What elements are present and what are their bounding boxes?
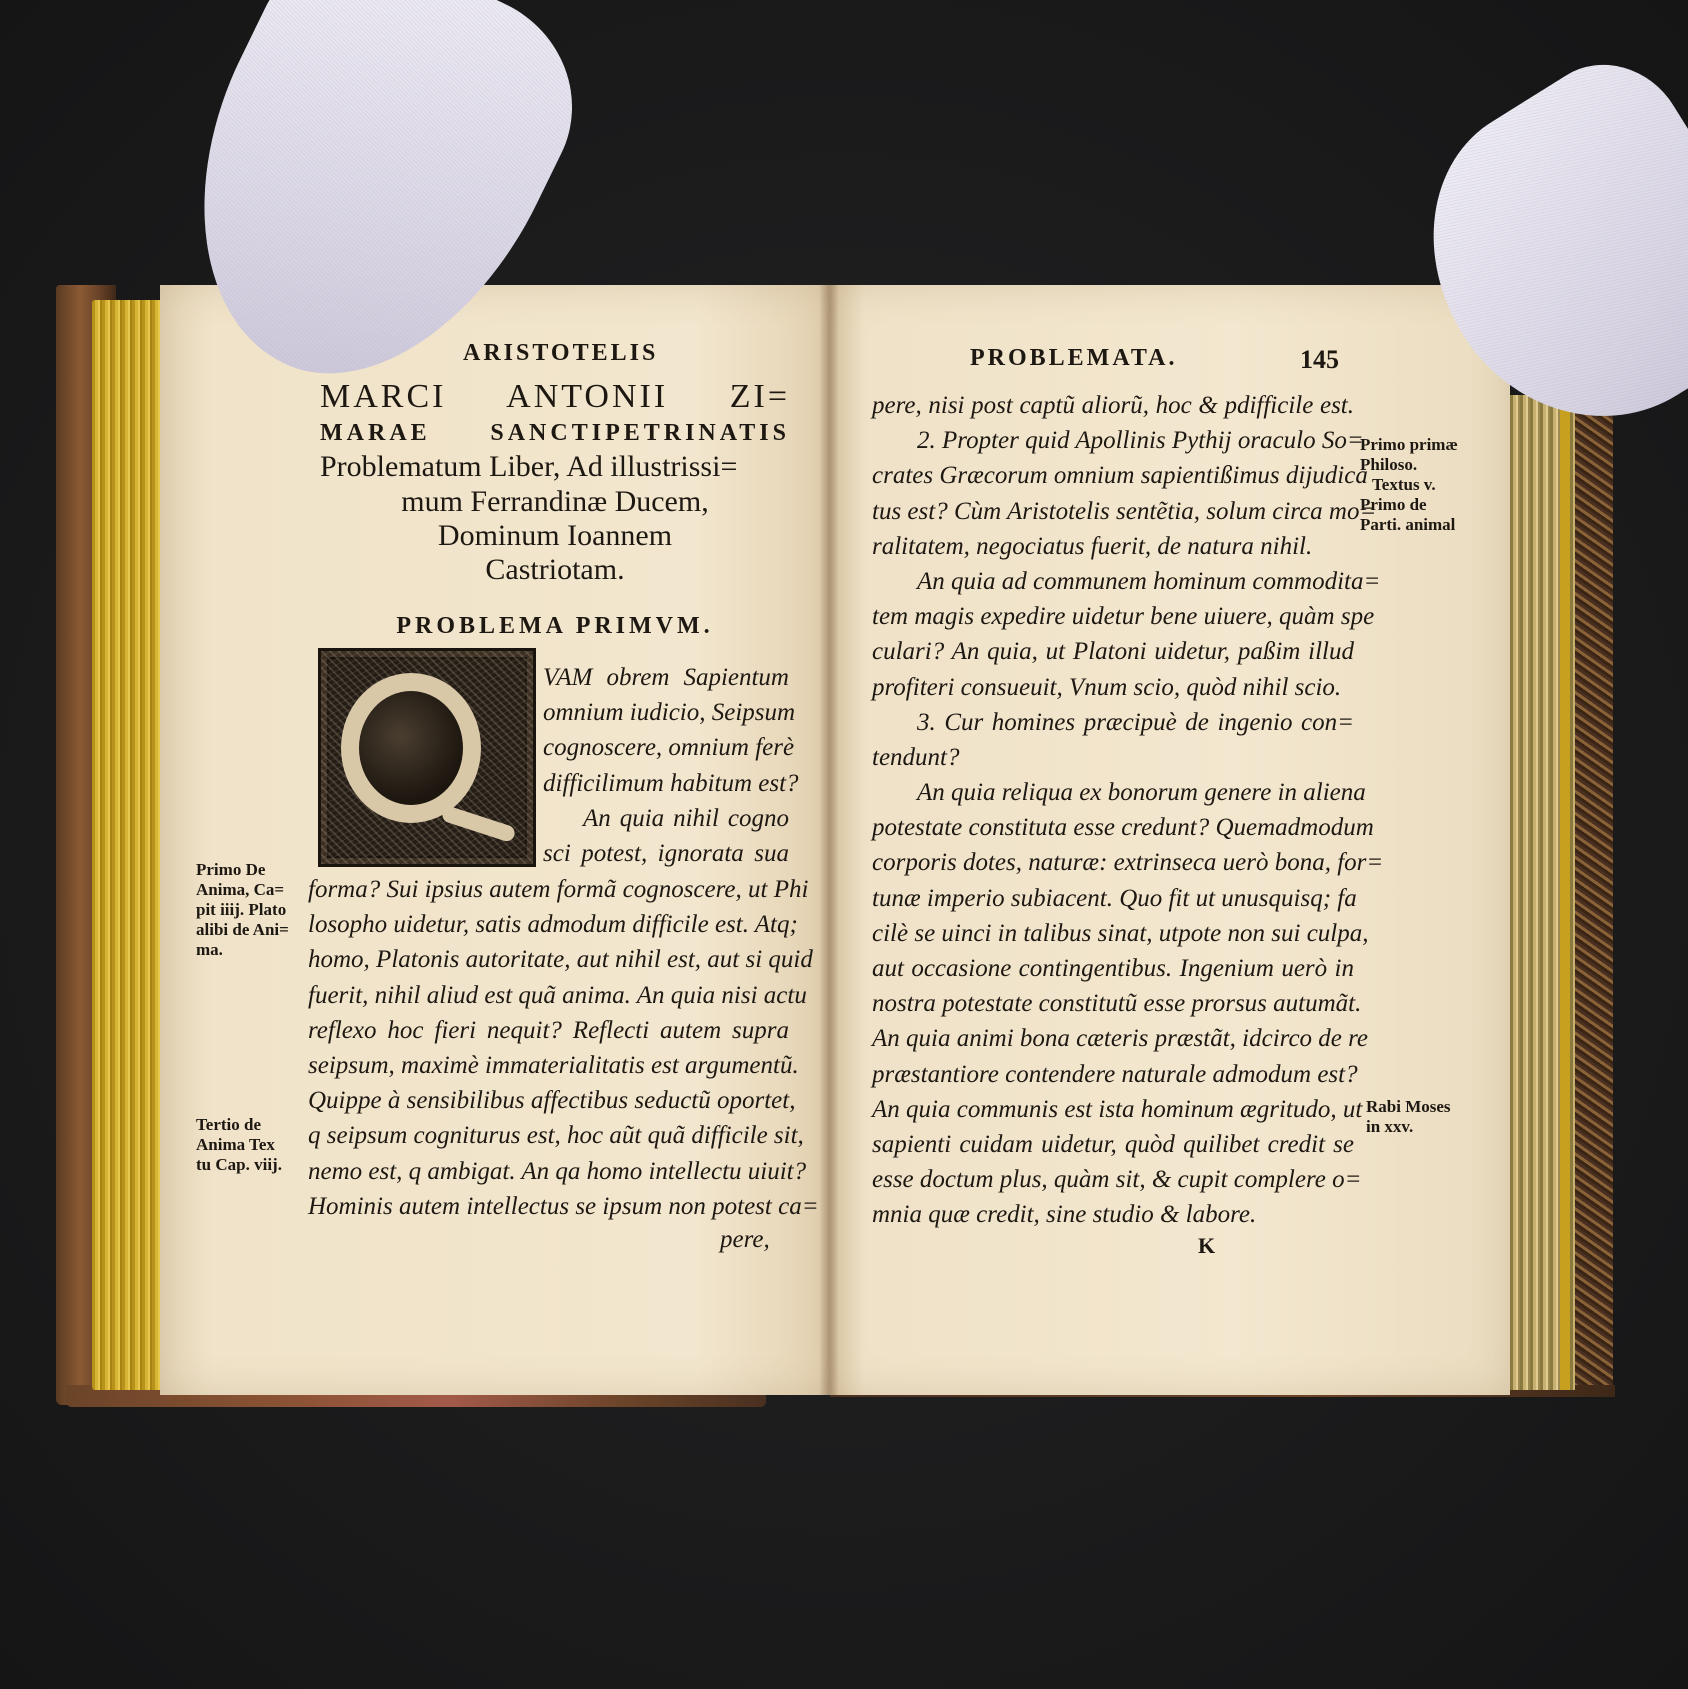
marginal-note-right-2: Rabi Moses in xxv. <box>1366 1097 1451 1137</box>
text-line: mnia quæ credit, sine studio & labore. <box>872 1197 1354 1232</box>
title-line-1: MARCI ANTONII ZI= <box>320 378 790 416</box>
text-line: seipsum, maximè immaterialitatis est arg… <box>308 1048 789 1083</box>
text-line: An quia animi bona cæteris præstãt, idci… <box>872 1021 1354 1056</box>
left-body-beside-initial: VAM obrem Sapientum omnium iudicio, Seip… <box>543 660 789 871</box>
text-line: reflexo hoc fieri nequit? Reflecti autem… <box>308 1013 789 1048</box>
gilt-edge-strip <box>1560 395 1570 1390</box>
text-line: losopho uidetur, satis admodum difficile… <box>308 907 789 942</box>
section-heading: PROBLEMA PRIMVM. <box>320 613 790 640</box>
text-line: tendunt? <box>872 740 1354 775</box>
text-line: An quia nihil cogno <box>543 801 789 836</box>
note-line: pit iiij. Plato <box>196 900 289 920</box>
text-line: forma? Sui ipsius autem formã cognoscere… <box>308 872 789 907</box>
right-body: pere, nisi post captũ aliorũ, hoc & pdif… <box>872 388 1354 1233</box>
note-line: Textus v. <box>1360 475 1458 495</box>
text-line: An quia reliqua ex bonorum genere in ali… <box>872 775 1354 810</box>
text-line: tus est? Cùm Aristotelis sentẽtia, solum… <box>872 494 1354 529</box>
text-line: profiteri consueuit, Vnum scio, quòd nih… <box>872 670 1354 705</box>
marginal-note-right-1: Primo primæ Philoso. Textus v. Primo de … <box>1360 435 1458 535</box>
note-line: Parti. animal <box>1360 515 1458 535</box>
catchword: pere, <box>720 1226 770 1254</box>
title-line-2: MARAE SANCTIPETRINATIS <box>320 420 790 447</box>
running-head-right: PROBLEMATA. <box>970 345 1177 372</box>
note-line: Anima Tex <box>196 1135 282 1155</box>
text-line: tunæ imperio subiacent. Quo fit ut unusq… <box>872 881 1354 916</box>
note-line: Rabi Moses <box>1366 1097 1451 1117</box>
text-line: cognoscere, omnium ferè <box>543 730 789 765</box>
text-line: aut occasione contingentibus. Ingenium u… <box>872 951 1354 986</box>
marginal-note-left-2: Tertio de Anima Tex tu Cap. viij. <box>196 1115 282 1175</box>
text-line: tem magis expedire uidetur bene uiuere, … <box>872 599 1354 634</box>
title-line-6: Castriotam. <box>320 553 790 587</box>
running-head-left: ARISTOTELIS <box>463 340 658 367</box>
text-line: An quia ad communem hominum commodita= <box>872 564 1354 599</box>
text-line: ralitatem, negociatus fuerit, de natura … <box>872 529 1354 564</box>
text-line: pere, nisi post captũ aliorũ, hoc & pdif… <box>872 388 1354 423</box>
text-line: esse doctum plus, quàm sit, & cupit comp… <box>872 1162 1354 1197</box>
text-line: sci potest, ignorata sua <box>543 836 789 871</box>
book-binding-right <box>1575 385 1613 1390</box>
text-line: nostra potestate constitutũ esse prorsus… <box>872 986 1354 1021</box>
gilt-page-edges-left <box>92 300 162 1390</box>
note-line: Tertio de <box>196 1115 282 1135</box>
book-gutter <box>820 285 838 1395</box>
marginal-note-left-1: Primo De Anima, Ca= pit iiij. Plato alib… <box>196 860 289 960</box>
text-line: Hominis autem intellectus se ipsum non p… <box>308 1189 789 1224</box>
title-line-5: Dominum Ioannem <box>320 519 790 553</box>
text-line: fuerit, nihil aliud est quã anima. An qu… <box>308 978 789 1013</box>
text-line: culari? An quia, ut Platoni uidetur, paß… <box>872 634 1354 669</box>
text-line: 2. Propter quid Apollinis Pythij oraculo… <box>872 423 1354 458</box>
note-line: Primo de <box>1360 495 1458 515</box>
text-line: sapienti cuidam uidetur, quòd quilibet c… <box>872 1127 1354 1162</box>
text-line: omnium iudicio, Seipsum <box>543 695 789 730</box>
text-line: VAM obrem Sapientum <box>543 660 789 695</box>
text-line: potestate constituta esse credunt? Quema… <box>872 810 1354 845</box>
signature-mark: K <box>1198 1233 1215 1259</box>
page-number-right: 145 <box>1300 345 1339 375</box>
text-line: An quia communis est ista hominum ægritu… <box>872 1092 1354 1127</box>
text-line: difficilimum habitum est? <box>543 766 789 801</box>
text-line: 3. Cur homines præcipuè de ingenio con= <box>872 705 1354 740</box>
left-body-full: forma? Sui ipsius autem formã cognoscere… <box>308 872 789 1224</box>
text-line: nemo est, q ambigat. An qa homo intellec… <box>308 1154 789 1189</box>
note-line: alibi de Ani= <box>196 920 289 940</box>
note-line: Primo primæ <box>1360 435 1458 455</box>
initial-letter-ring <box>341 673 481 823</box>
text-line: homo, Platonis autoritate, aut nihil est… <box>308 942 789 977</box>
title-line-3: Problematum Liber, Ad illustrissi= <box>320 450 790 484</box>
woodcut-initial-q-icon <box>318 648 536 867</box>
text-line: præstantiore contendere naturale admodum… <box>872 1057 1354 1092</box>
note-line: ma. <box>196 940 289 960</box>
note-line: Anima, Ca= <box>196 880 289 900</box>
note-line: tu Cap. viij. <box>196 1155 282 1175</box>
note-line: Primo De <box>196 860 289 880</box>
text-line: crates Græcorum omnium sapientißimus dij… <box>872 458 1354 493</box>
text-line: Quippe à sensibilibus affectibus seductũ… <box>308 1083 789 1118</box>
text-line: corporis dotes, naturæ: extrinseca uerò … <box>872 845 1354 880</box>
note-line: Philoso. <box>1360 455 1458 475</box>
note-line: in xxv. <box>1366 1117 1451 1137</box>
title-line-4: mum Ferrandinæ Ducem, <box>320 485 790 519</box>
text-line: q seipsum cogniturus est, hoc aũt quã di… <box>308 1118 789 1153</box>
text-line: cilè se uinci in talibus sinat, utpote n… <box>872 916 1354 951</box>
